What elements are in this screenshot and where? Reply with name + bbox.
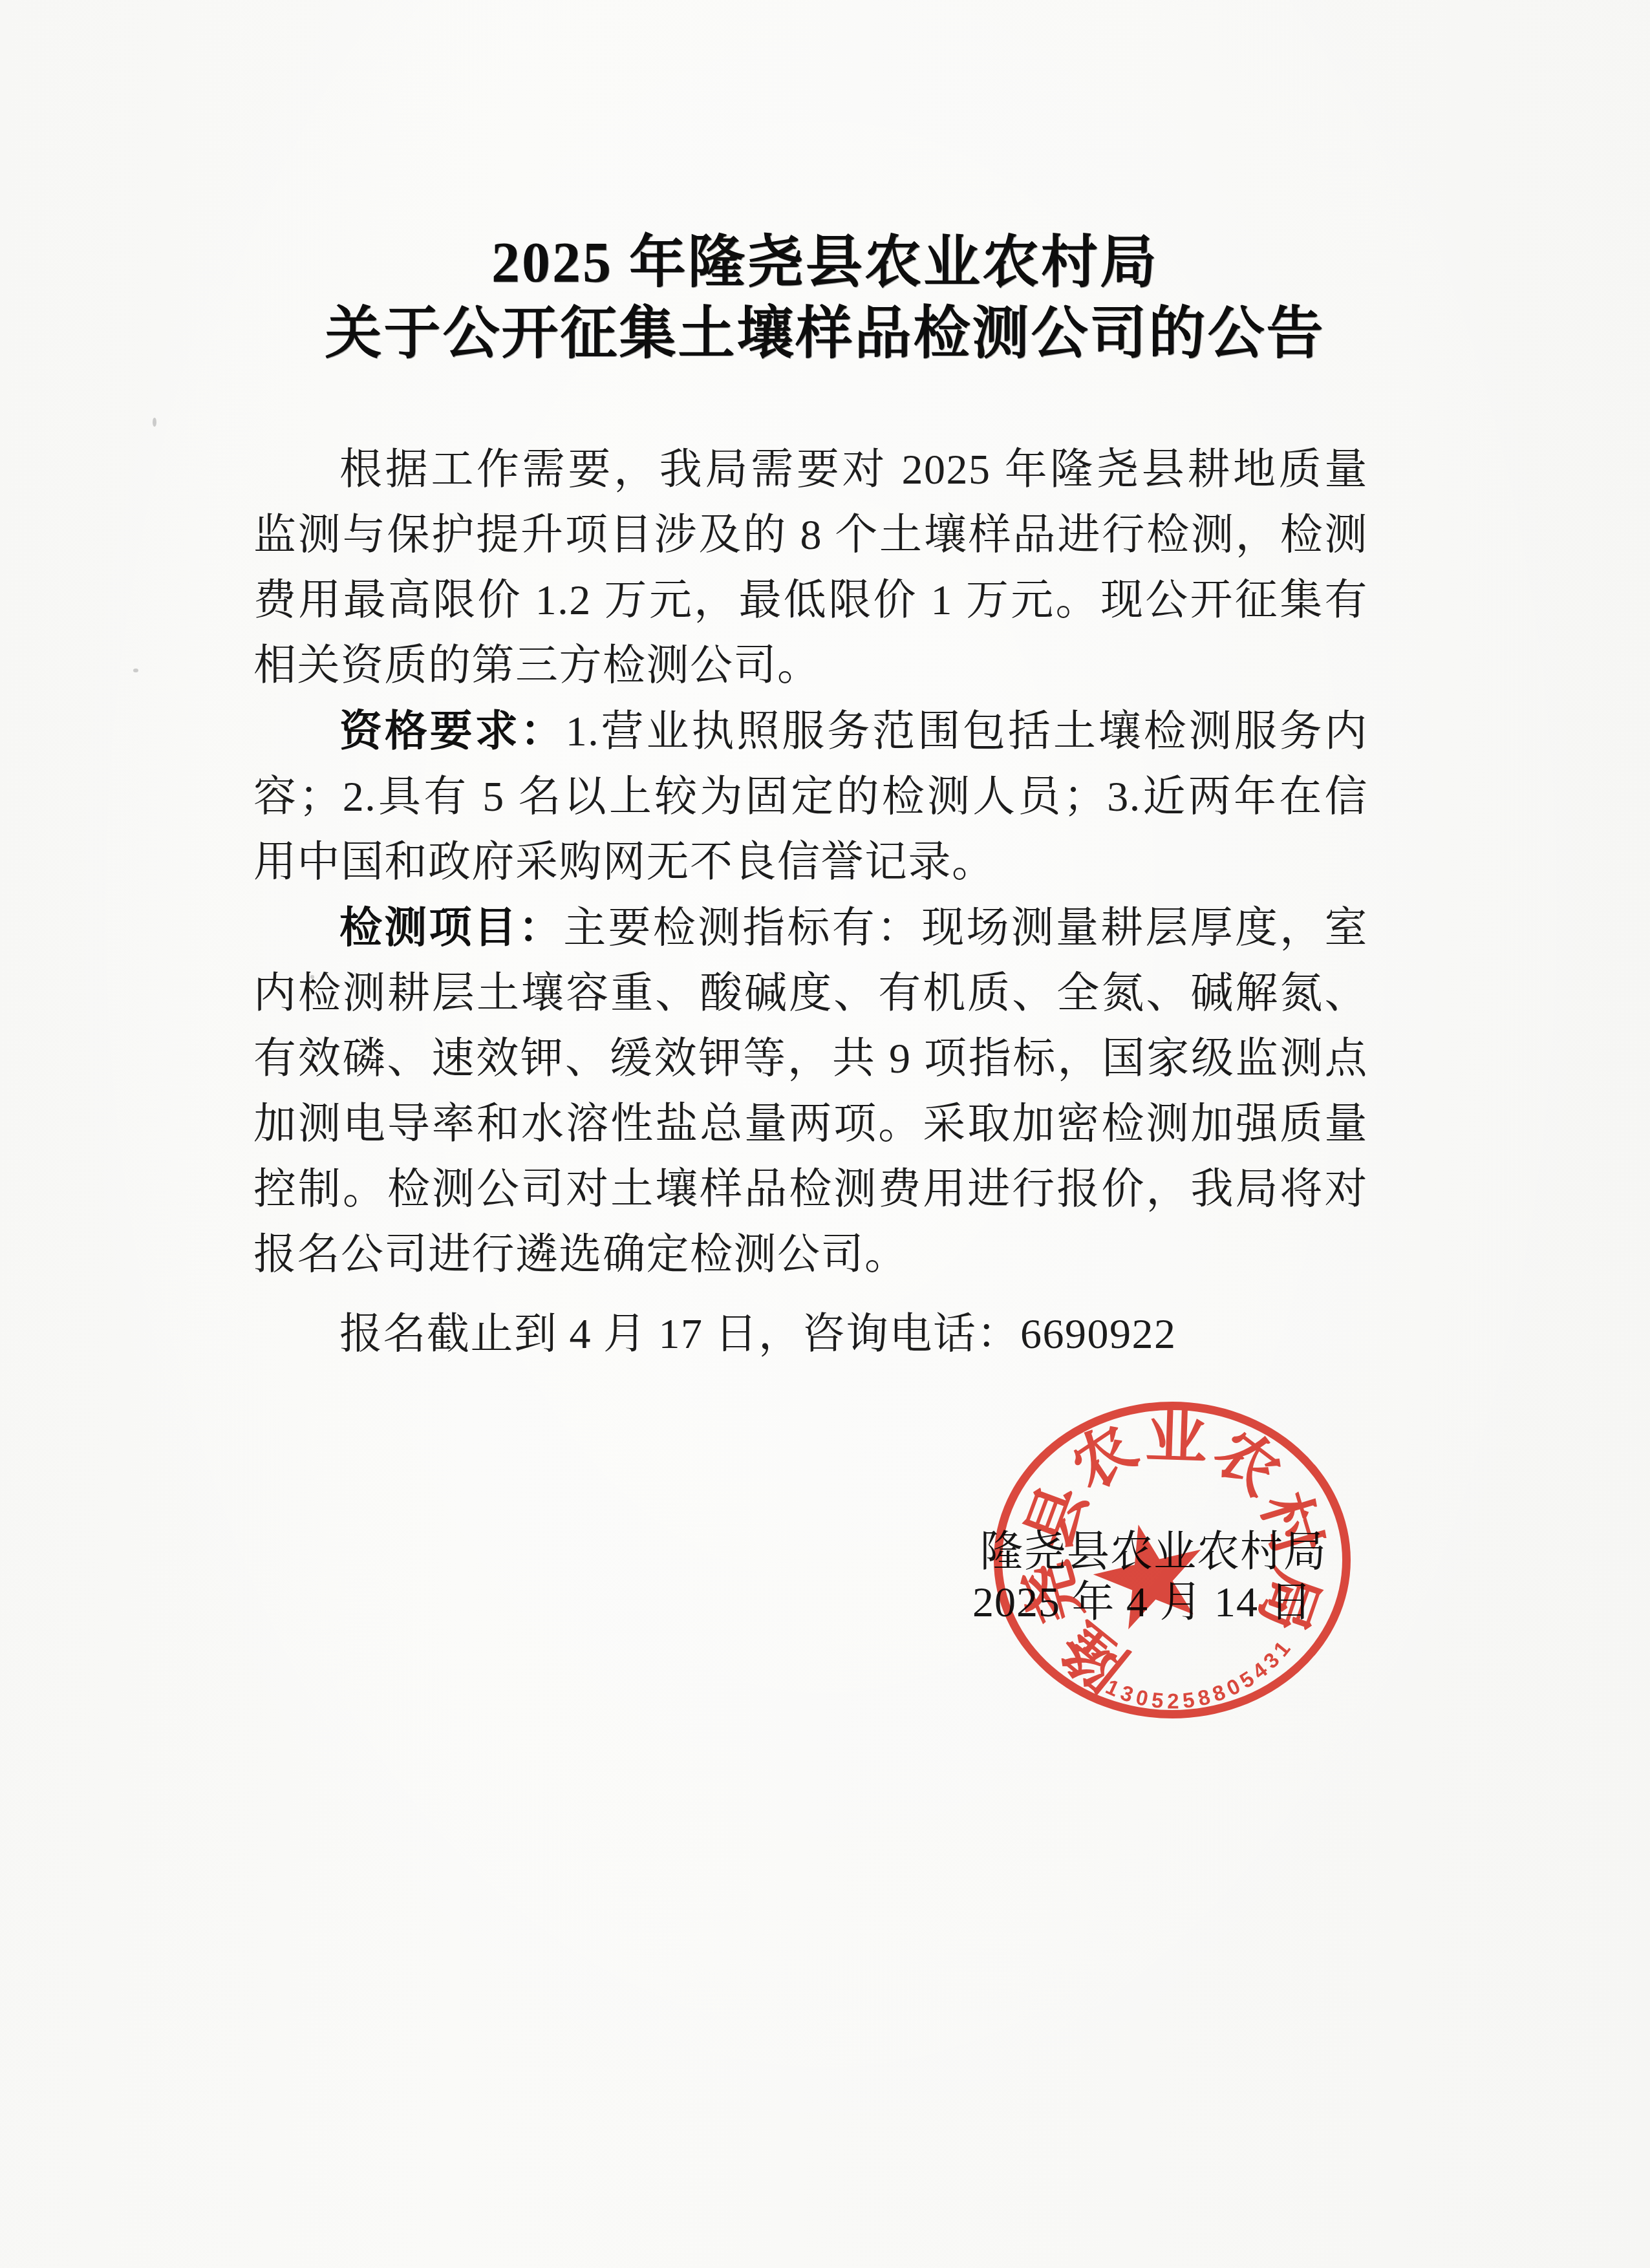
seal-serial-digit: 5	[1150, 1689, 1164, 1711]
announcement-title: 2025 年隆尧县农业农村局 关于公开征集土壤样品检测公司的公告	[0, 228, 1650, 370]
scan-dust-speck	[310, 975, 314, 979]
paragraph-test-items: 检测项目：主要检测指标有：现场测量耕层厚度，室内检测耕层土壤容重、酸碱度、有机质…	[253, 895, 1368, 1287]
title-line-1: 2025 年隆尧县农业农村局	[0, 228, 1650, 299]
paragraph-deadline: 报名截止到 4 月 17 日，咨询电话：6690922	[253, 1301, 1368, 1367]
seal-inner: 隆尧县农业农村局 1305258805431	[963, 1365, 1382, 1755]
seal-ring-char: 尧	[1016, 1555, 1091, 1631]
seal-ring-char: 村	[1252, 1486, 1328, 1563]
test-items-text: 主要检测指标有：现场测量耕层厚度，室内检测耕层土壤容重、酸碱度、有机质、全氮、碱…	[253, 904, 1368, 1278]
official-seal: 隆尧县农业农村局 1305258805431	[994, 1402, 1351, 1718]
title-line-2: 关于公开征集土壤样品检测公司的公告	[0, 299, 1650, 370]
scan-dust-speck	[153, 418, 156, 427]
seal-serial-digit: 3	[1118, 1682, 1136, 1706]
seal-serial-digit: 5	[1181, 1689, 1195, 1711]
seal-serial-digit: 2	[1167, 1690, 1179, 1711]
seal-ring-char: 农	[1204, 1420, 1290, 1506]
announcement-body: 根据工作需要，我局需要对 2025 年隆尧县耕地质量监测与保护提升项目涉及的 8…	[253, 437, 1368, 1367]
seal-serial-digit: 8	[1195, 1685, 1212, 1709]
scan-dust-speck	[133, 669, 138, 672]
seal-ring-char: 县	[1018, 1478, 1097, 1557]
seal-ring-text: 隆尧县农业农村局	[963, 1365, 1311, 1446]
test-items-label: 检测项目：	[339, 903, 563, 951]
scanned-document-page: 2025 年隆尧县农业农村局 关于公开征集土壤样品检测公司的公告 根据工作需要，…	[0, 0, 1650, 2268]
qualifications-label: 资格要求：	[339, 707, 566, 754]
seal-serial-digit: 0	[1134, 1686, 1150, 1709]
paragraph-qualifications: 资格要求：1.营业执照服务范围包括土壤检测服务内容；2.具有 5 名以上较为固定…	[253, 698, 1368, 895]
seal-ring-char: 农	[1061, 1415, 1146, 1501]
seal-ring-char: 业	[1144, 1406, 1208, 1469]
paragraph-intro: 根据工作需要，我局需要对 2025 年隆尧县耕地质量监测与保护提升项目涉及的 8…	[253, 437, 1368, 698]
seal-ring-char: 局	[1249, 1561, 1327, 1639]
